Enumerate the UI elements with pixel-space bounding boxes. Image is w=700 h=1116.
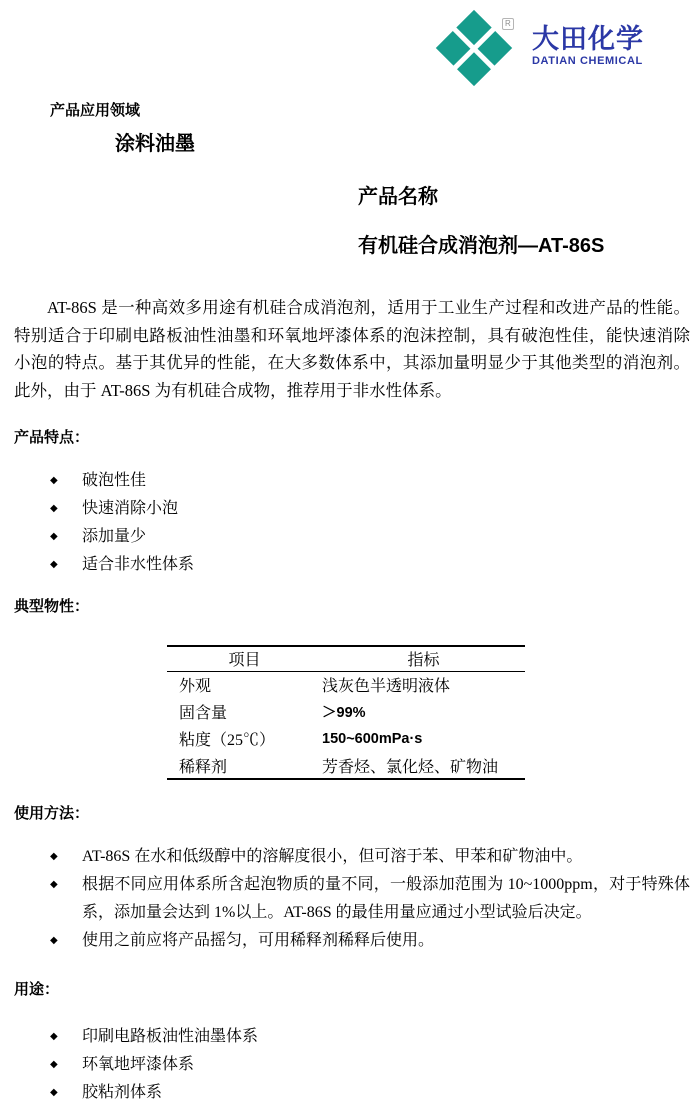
- company-logo: R 大田化学 DATIAN CHEMICAL: [436, 8, 651, 92]
- list-item: ◆ 添加量少: [50, 523, 690, 551]
- feature-text: 添加量少: [82, 523, 690, 551]
- use-text: 印刷电路板油性油墨体系: [82, 1023, 690, 1051]
- list-item: ◆ AT-86S 在水和低级醇中的溶解度很小，但可溶于苯、甲苯和矿物油中。: [50, 843, 690, 871]
- use-text: 胶粘剂体系: [82, 1079, 690, 1107]
- table-row: 固含量 ＞99%: [167, 698, 525, 725]
- usage-text: 使用之前应将产品摇匀，可用稀释剂稀释后使用。: [82, 927, 690, 955]
- diamond-bullet-icon: ◆: [50, 1023, 82, 1051]
- table-header-row: 项目 指标: [167, 646, 525, 671]
- list-item: ◆ 根据不同应用体系所含起泡物质的量不同，一般添加范围为 10~1000ppm，…: [50, 871, 690, 927]
- property-name: 粘度（25℃）: [167, 725, 322, 752]
- list-item: ◆ 环氧地坪漆体系: [50, 1051, 690, 1079]
- property-value: 芳香烃、氯化烃、矿物油: [322, 752, 525, 779]
- features-list: ◆ 破泡性佳 ◆ 快速消除小泡 ◆ 添加量少 ◆ 适合非水性体系: [50, 467, 690, 579]
- diamond-bullet-icon: ◆: [50, 871, 82, 899]
- typical-properties-table: 项目 指标 外观 浅灰色半透明液体 固含量 ＞99% 粘度（25℃） 150~6…: [167, 645, 525, 780]
- feature-text: 破泡性佳: [82, 467, 690, 495]
- diamond-bullet-icon: ◆: [50, 523, 82, 551]
- property-value: 浅灰色半透明液体: [322, 671, 525, 698]
- uses-list: ◆ 印刷电路板油性油墨体系 ◆ 环氧地坪漆体系 ◆ 胶粘剂体系: [50, 1023, 690, 1107]
- company-name-cn: 大田化学: [532, 24, 652, 54]
- list-item: ◆ 破泡性佳: [50, 467, 690, 495]
- product-name-label: 产品名称: [358, 184, 438, 210]
- diamond-bullet-icon: ◆: [50, 1051, 82, 1079]
- usage-heading: 使用方法：: [14, 804, 89, 824]
- datasheet-page: R 大田化学 DATIAN CHEMICAL 产品应用领域 涂料油墨 产品名称 …: [0, 0, 700, 1116]
- use-text: 环氧地坪漆体系: [82, 1051, 690, 1079]
- feature-text: 适合非水性体系: [82, 551, 690, 579]
- usage-list: ◆ AT-86S 在水和低级醇中的溶解度很小，但可溶于苯、甲苯和矿物油中。 ◆ …: [50, 843, 690, 955]
- product-name-value: 有机硅合成消泡剂—AT-86S: [358, 233, 604, 259]
- property-name: 固含量: [167, 698, 322, 725]
- list-item: ◆ 快速消除小泡: [50, 495, 690, 523]
- application-area-heading: 产品应用领域: [50, 101, 140, 121]
- list-item: ◆ 使用之前应将产品摇匀，可用稀释剂稀释后使用。: [50, 927, 690, 955]
- table-row: 粘度（25℃） 150~600mPa·s: [167, 725, 525, 752]
- diamond-bullet-icon: ◆: [50, 495, 82, 523]
- usage-text: AT-86S 在水和低级醇中的溶解度很小，但可溶于苯、甲苯和矿物油中。: [82, 843, 690, 871]
- diamond-bullet-icon: ◆: [50, 551, 82, 579]
- application-area-value: 涂料油墨: [115, 131, 195, 157]
- property-value: 150~600mPa·s: [322, 725, 525, 752]
- typical-properties-heading: 典型物性：: [14, 597, 89, 617]
- logo-diamond-icon: R: [436, 10, 512, 86]
- feature-text: 快速消除小泡: [82, 495, 690, 523]
- list-item: ◆ 胶粘剂体系: [50, 1079, 690, 1107]
- property-name: 外观: [167, 671, 322, 698]
- list-item: ◆ 适合非水性体系: [50, 551, 690, 579]
- usage-text: 根据不同应用体系所含起泡物质的量不同，一般添加范围为 10~1000ppm，对于…: [82, 871, 690, 927]
- diamond-bullet-icon: ◆: [50, 467, 82, 495]
- property-value: ＞99%: [322, 698, 525, 725]
- uses-heading: 用途：: [14, 980, 59, 1000]
- diamond-bullet-icon: ◆: [50, 1079, 82, 1107]
- property-name: 稀释剂: [167, 752, 322, 779]
- diamond-bullet-icon: ◆: [50, 927, 82, 955]
- registered-trademark-icon: R: [502, 18, 514, 30]
- intro-paragraph: AT-86S 是一种高效多用途有机硅合成消泡剂，适用于工业生产过程和改进产品的性…: [14, 294, 690, 404]
- table-row: 稀释剂 芳香烃、氯化烃、矿物油: [167, 752, 525, 779]
- company-name-en: DATIAN CHEMICAL: [532, 54, 652, 68]
- features-heading: 产品特点：: [14, 428, 89, 448]
- table-row: 外观 浅灰色半透明液体: [167, 671, 525, 698]
- diamond-bullet-icon: ◆: [50, 843, 82, 871]
- column-header-item: 项目: [167, 646, 322, 671]
- list-item: ◆ 印刷电路板油性油墨体系: [50, 1023, 690, 1051]
- column-header-spec: 指标: [322, 646, 525, 671]
